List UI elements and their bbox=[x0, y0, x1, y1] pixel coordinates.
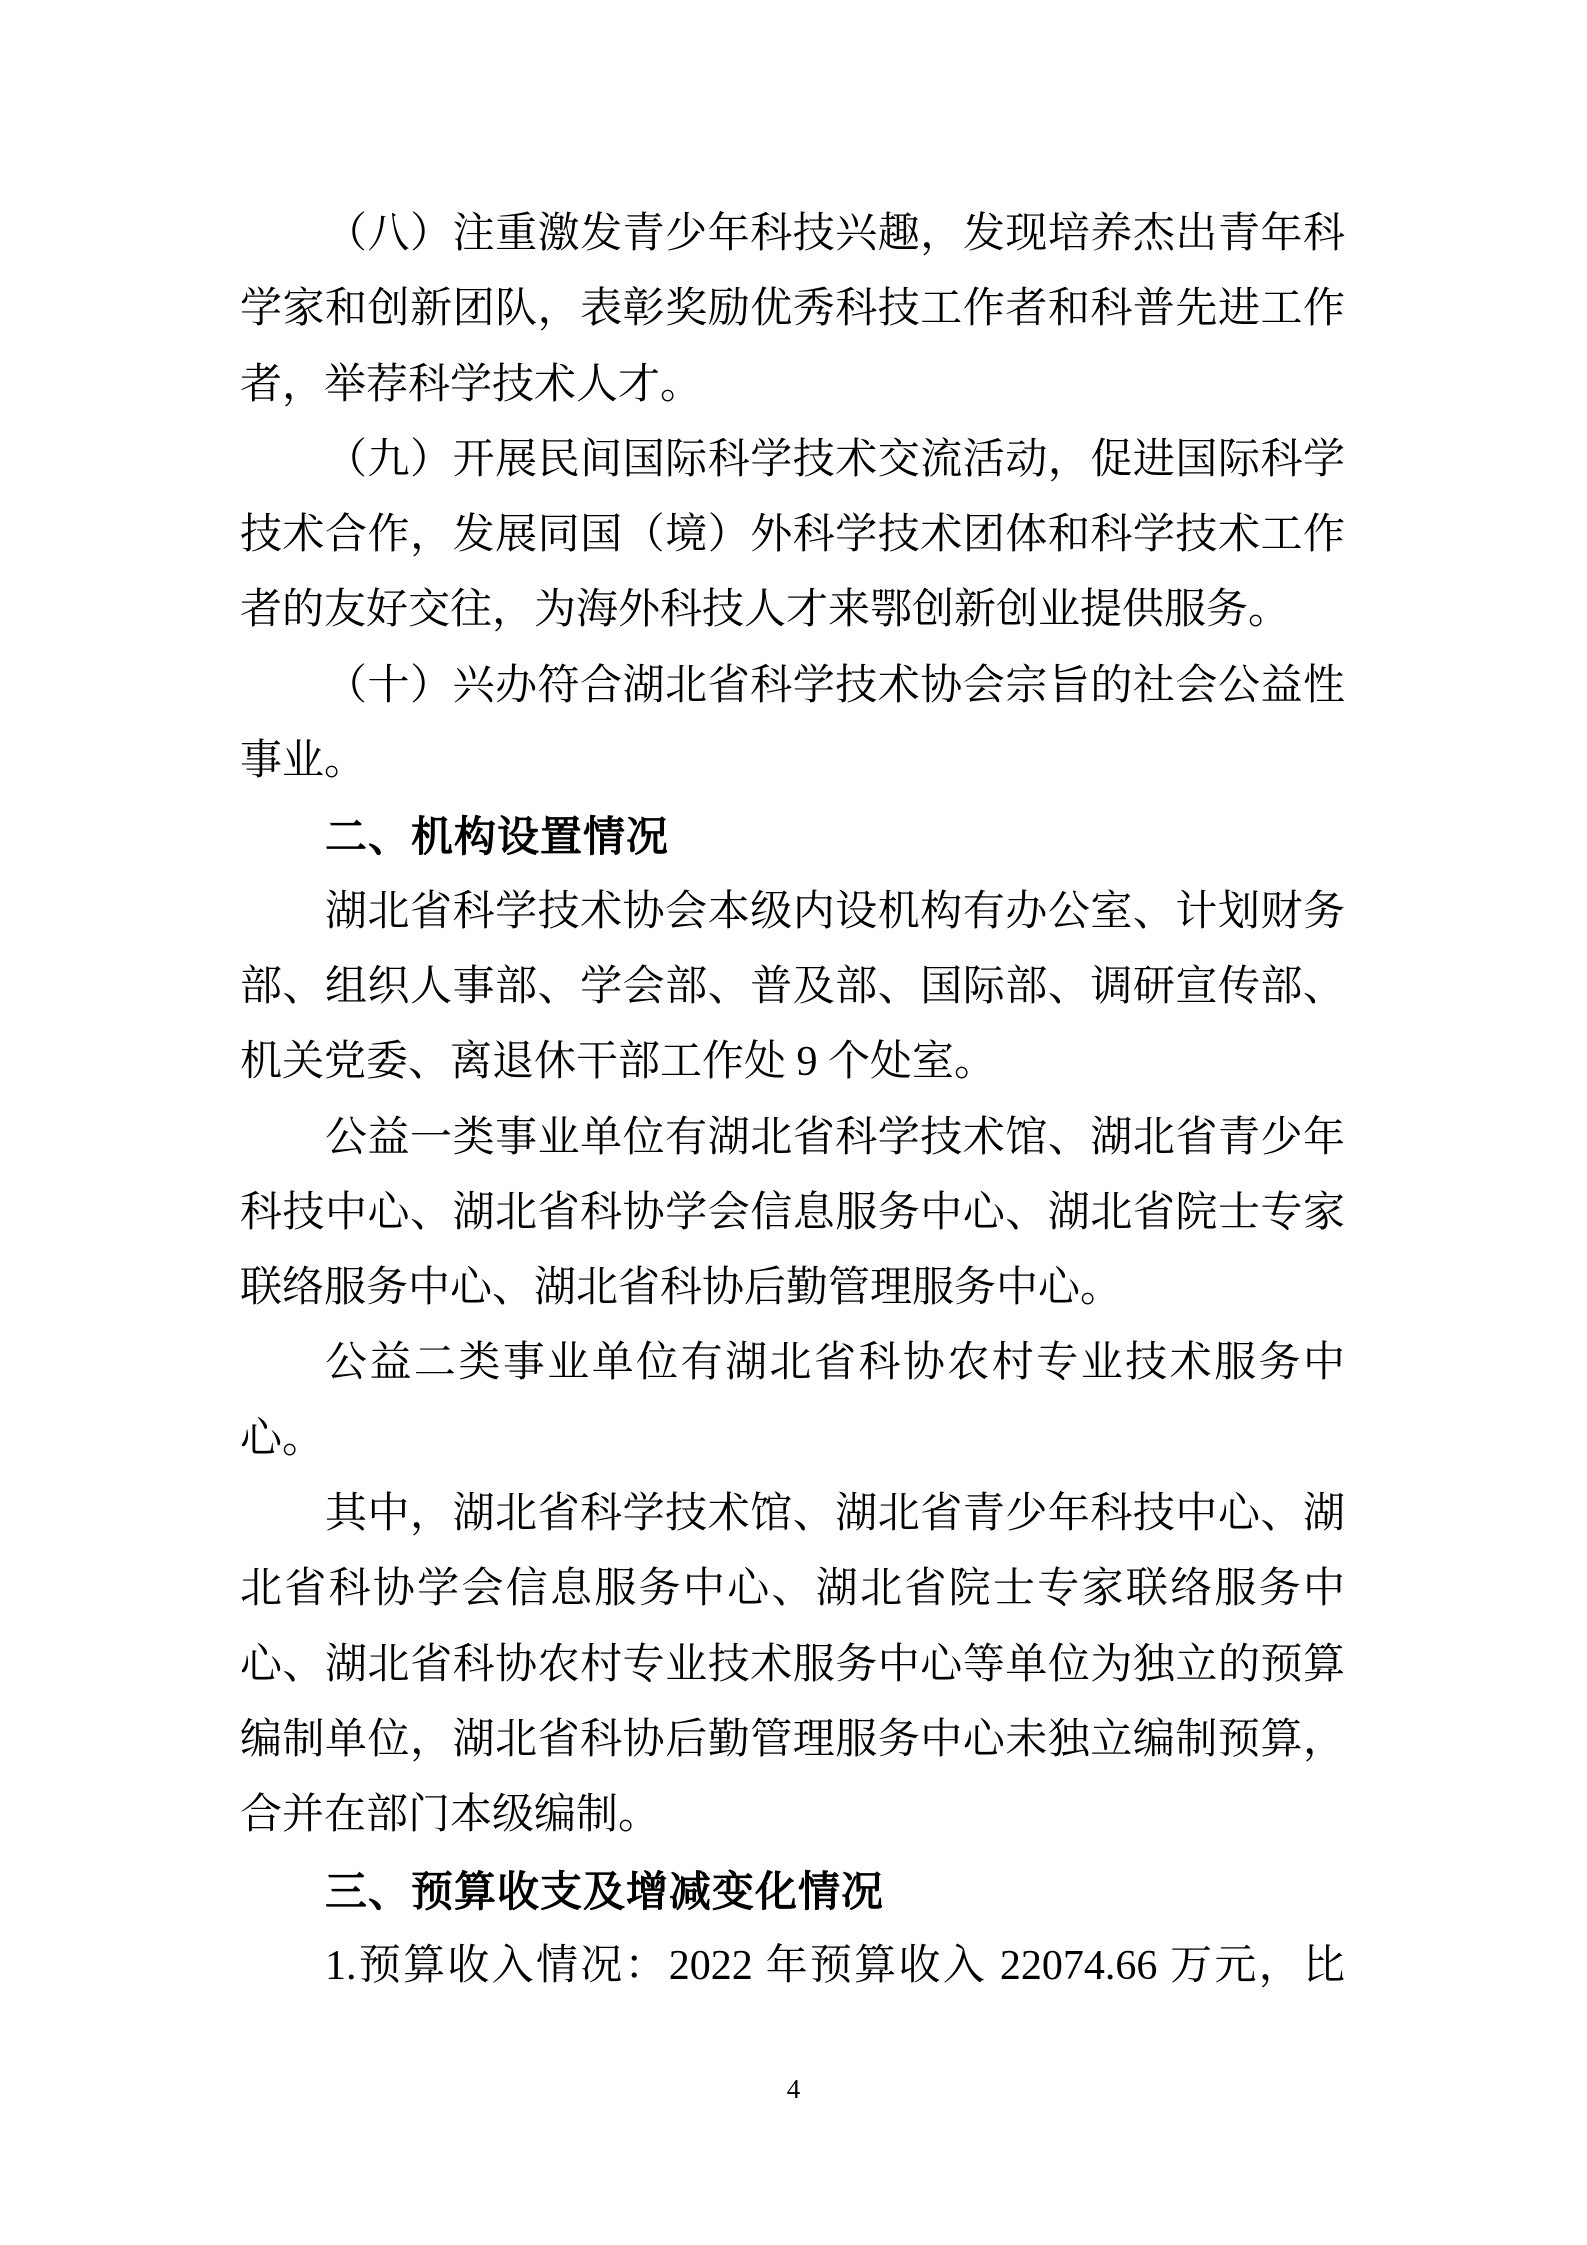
paragraph-line: 心。 bbox=[240, 1402, 1345, 1477]
paragraph-line: 部、组织人事部、学会部、普及部、国际部、调研宣传部、 bbox=[240, 950, 1345, 1025]
paragraph-line: 其中，湖北省科学技术馆、湖北省青少年科技中心、湖 bbox=[240, 1477, 1345, 1552]
paragraph-line: 湖北省科学技术协会本级内设机构有办公室、计划财务 bbox=[240, 875, 1345, 950]
paragraph-line: 北省科协学会信息服务中心、湖北省院士专家联络服务中 bbox=[240, 1552, 1345, 1627]
paragraph-line: 学家和创新团队，表彰奖励优秀科技工作者和科普先进工作 bbox=[240, 272, 1345, 347]
paragraph-line: 机关党委、离退休干部工作处 9 个处室。 bbox=[240, 1025, 1345, 1100]
paragraph-line: （九）开展民间国际科学技术交流活动，促进国际科学 bbox=[240, 423, 1345, 498]
paragraph-line: 编制单位，湖北省科协后勤管理服务中心未独立编制预算， bbox=[240, 1703, 1345, 1778]
paragraph-line: 者的友好交往，为海外科技人才来鄂创新创业提供服务。 bbox=[240, 573, 1345, 648]
document-page: （八）注重激发青少年科技兴趣，发现培养杰出青年科 学家和创新团队，表彰奖励优秀科… bbox=[0, 0, 1587, 2245]
paragraph-line: （八）注重激发青少年科技兴趣，发现培养杰出青年科 bbox=[240, 197, 1345, 272]
paragraph-line: 科技中心、湖北省科协学会信息服务中心、湖北省院士专家 bbox=[240, 1176, 1345, 1251]
section-heading-budget: 三、预算收支及增减变化情况 bbox=[240, 1854, 1345, 1929]
paragraph-line: 事业。 bbox=[240, 724, 1345, 799]
paragraph-line: 合并在部门本级编制。 bbox=[240, 1778, 1345, 1853]
paragraph-line: 1.预算收入情况：2022 年预算收入 22074.66 万元，比 bbox=[240, 1929, 1345, 2004]
page-number: 4 bbox=[0, 2072, 1587, 2106]
document-text-block: （八）注重激发青少年科技兴趣，发现培养杰出青年科 学家和创新团队，表彰奖励优秀科… bbox=[240, 197, 1345, 2004]
paragraph-line: 公益一类事业单位有湖北省科学技术馆、湖北省青少年 bbox=[240, 1101, 1345, 1176]
paragraph-line: （十）兴办符合湖北省科学技术协会宗旨的社会公益性 bbox=[240, 649, 1345, 724]
paragraph-line: 公益二类事业单位有湖北省科协农村专业技术服务中 bbox=[240, 1326, 1345, 1401]
paragraph-line: 心、湖北省科协农村专业技术服务中心等单位为独立的预算 bbox=[240, 1628, 1345, 1703]
paragraph-line: 联络服务中心、湖北省科协后勤管理服务中心。 bbox=[240, 1251, 1345, 1326]
section-heading-organization: 二、机构设置情况 bbox=[240, 799, 1345, 874]
paragraph-line: 技术合作，发展同国（境）外科学技术团体和科学技术工作 bbox=[240, 498, 1345, 573]
paragraph-line: 者，举荐科学技术人才。 bbox=[240, 348, 1345, 423]
